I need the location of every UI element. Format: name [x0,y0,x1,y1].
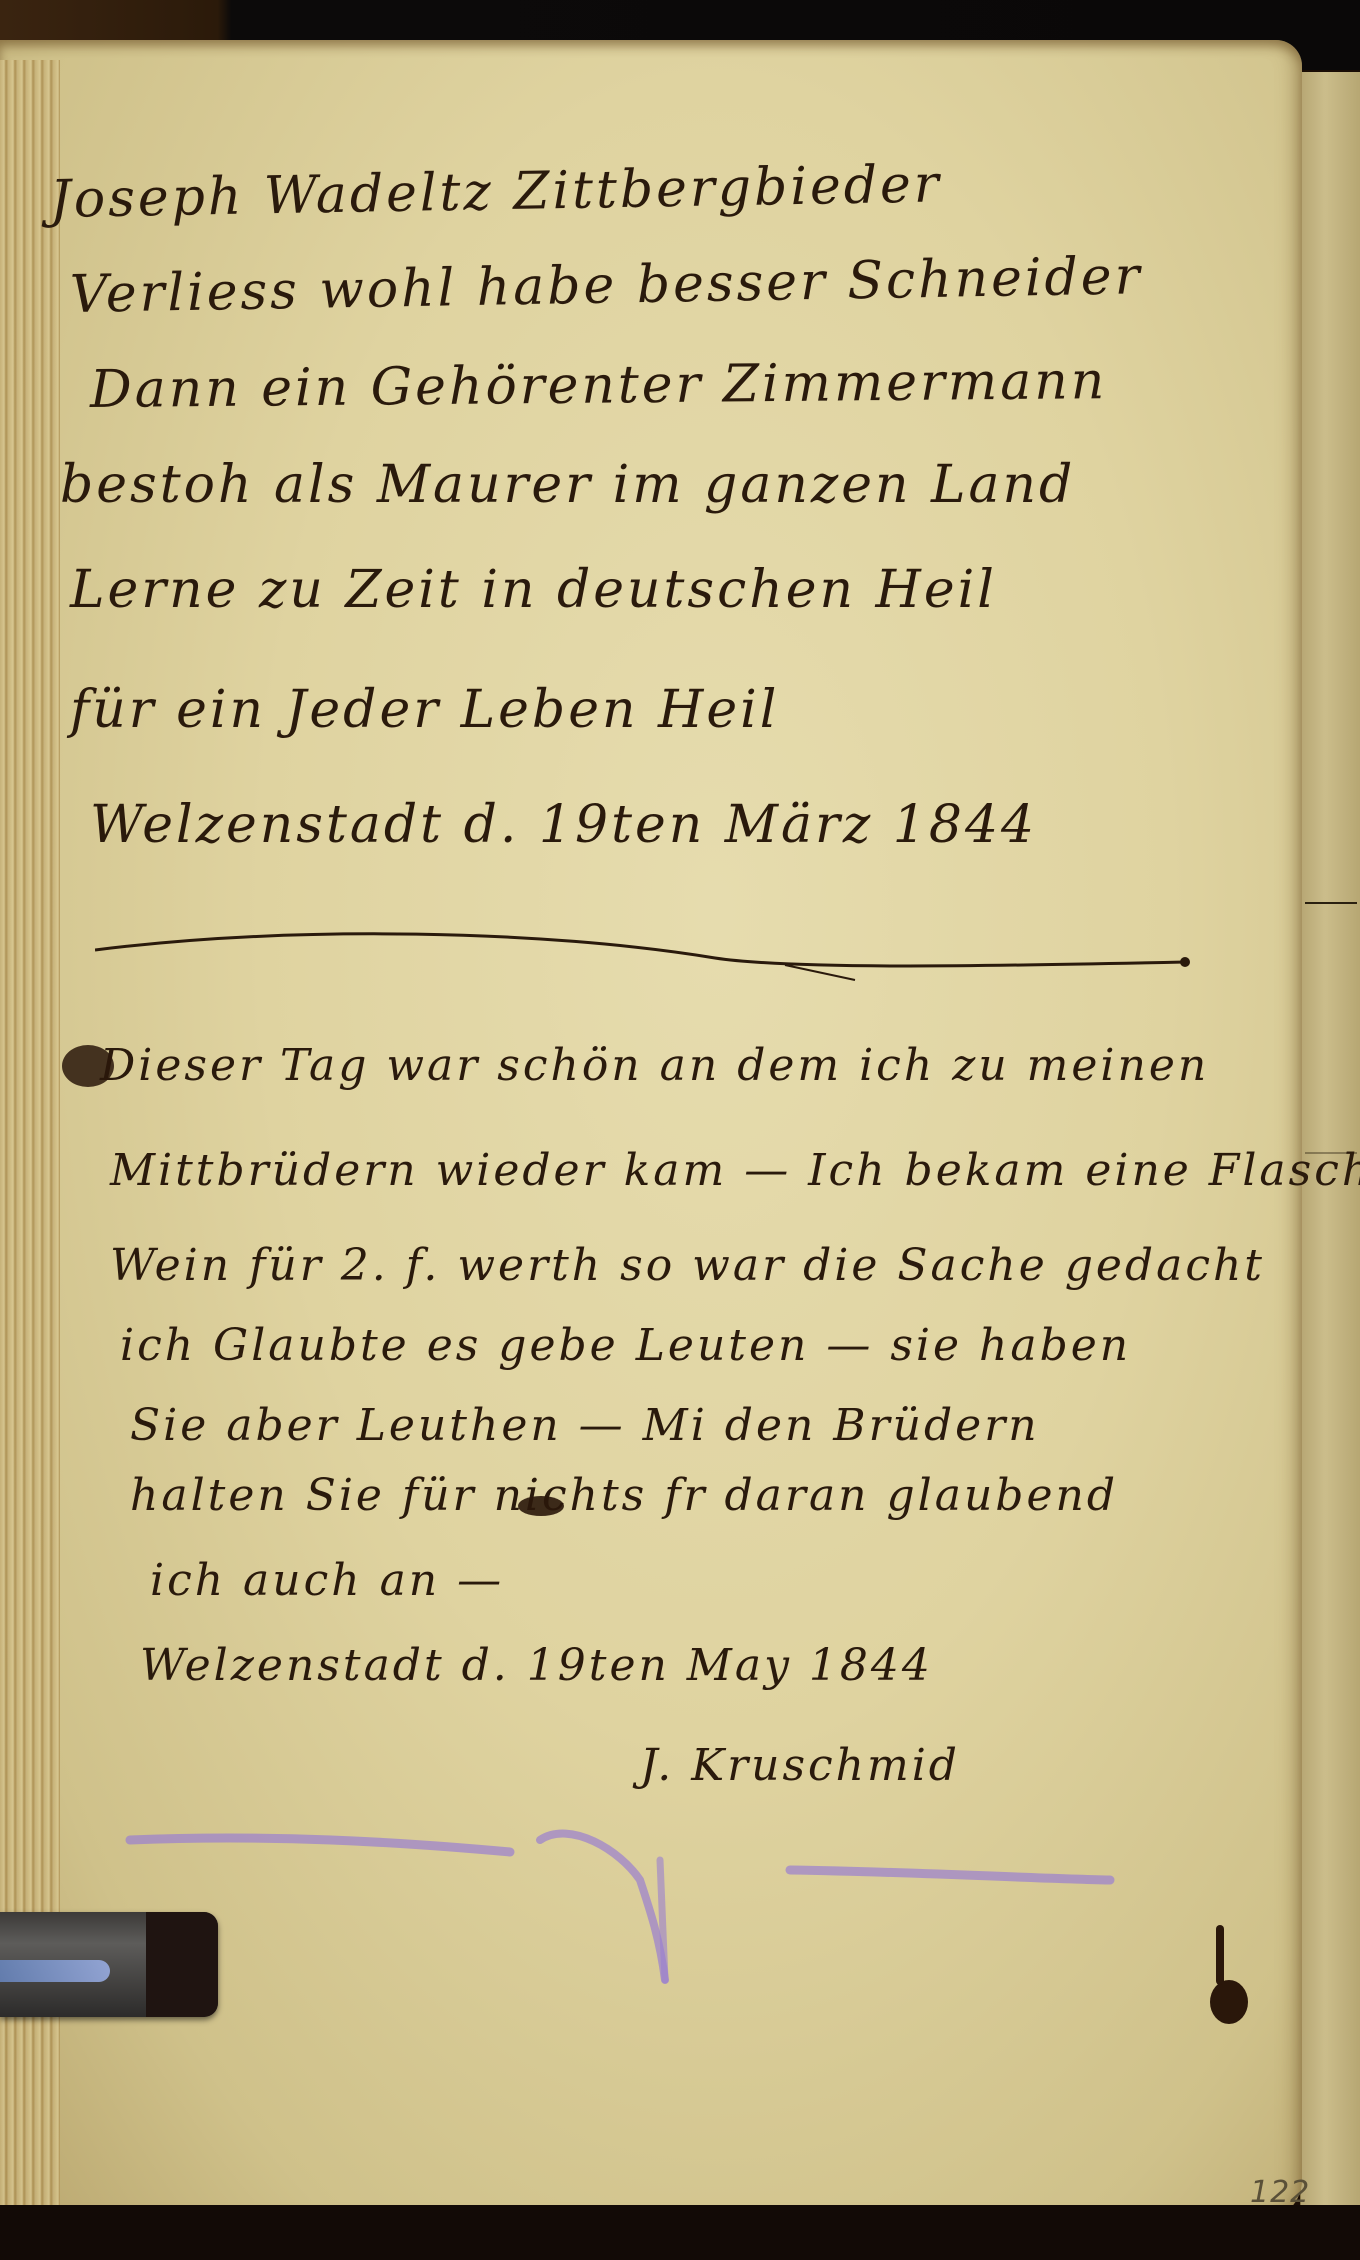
entry1-line-4: bestoh als Maurer im ganzen Land [60,455,1075,515]
entry1-line-2: Verliess wohl habe besser Schneider [69,246,1142,325]
entry2-line-2: Mittbrüdern wieder kam — Ich bekam eine … [110,1145,1360,1196]
entry2-line-7: ich auch an — [150,1555,504,1606]
entry1-line-3: Dann ein Gehörenter Zimmermann [90,351,1108,420]
clip-tip [146,1912,218,2017]
entry2-line-3: Wein für 2. f. werth so war die Sache ge… [110,1240,1265,1291]
entry2-place-date: Welzenstadt d. 19ten May 1844 [140,1640,933,1691]
ink-blot-mid [518,1496,564,1516]
entry2-line-6: halten Sie für nichts fr daran glaubend [130,1470,1118,1521]
entry1-place-date: Welzenstadt d. 19ten März 1844 [90,795,1037,855]
entry2-line-1: Dieser Tag war schön an dem ich zu meine… [100,1040,1209,1091]
entry1-line-5: Lerne zu Zeit in deutschen Heil [70,560,997,620]
entry1-line-6: für ein Jeder Leben Heil [70,680,779,740]
metal-clip [0,1912,218,2017]
entry2-line-4: ich Glaubte es gebe Leuten — sie haben [120,1320,1131,1371]
purple-pencil-mark [120,1820,1120,2000]
photo-stage: Joseph Wadeltz Zittbergbieder Verliess w… [0,0,1360,2260]
entry1-line-1: Joseph Wadeltz Zittbergbieder [49,154,942,230]
ink-drip [1216,1925,1224,1985]
separator-flourish [95,930,1195,990]
bottom-backdrop [0,2205,1360,2260]
ink-blot-left [62,1045,114,1087]
clip-highlight [0,1960,110,1982]
signature: J. Kruschmid [640,1740,960,1791]
entry2-line-5: Sie aber Leuthen — Mi den Brüdern [130,1400,1040,1451]
ink-blot [1210,1980,1248,2024]
